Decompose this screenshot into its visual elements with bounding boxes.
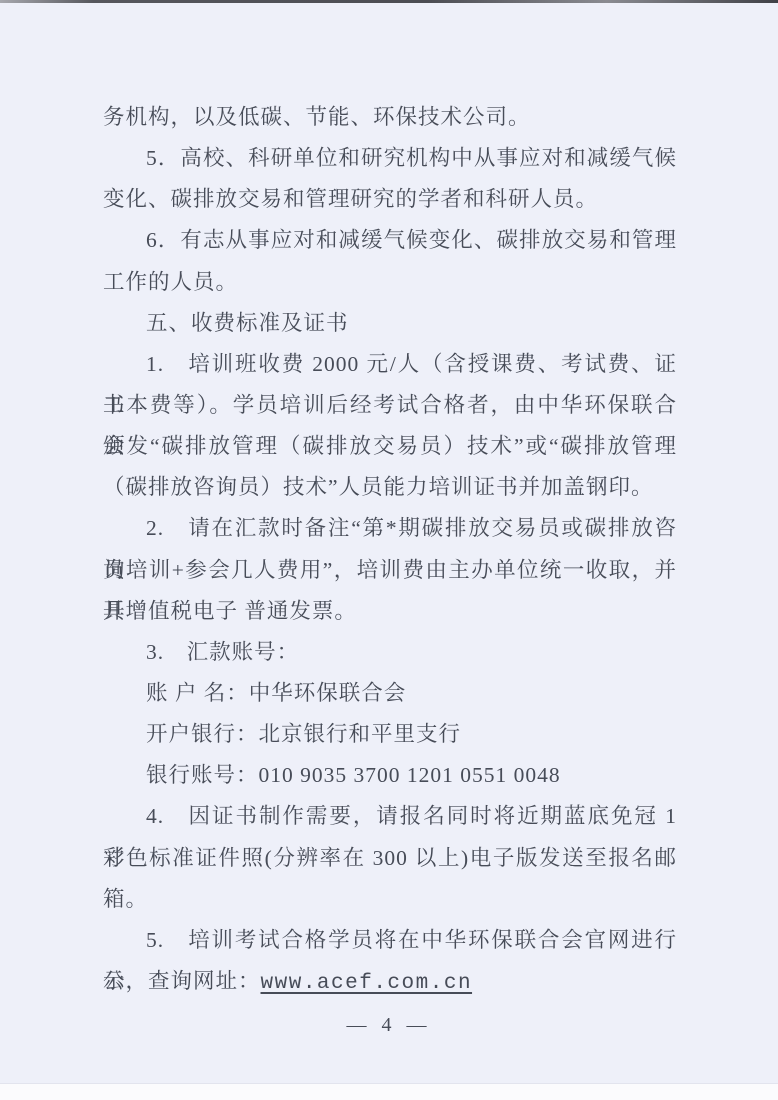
text-line: 5．高校、科研单位和研究机构中从事应对和减缓气候 [103, 138, 677, 179]
page-number: — 4 — [0, 1014, 778, 1037]
text-line-content: 彩色标准证件照(分辨率在 300 以上)电子版发送至报名邮 [103, 846, 677, 870]
text-line: 五、收费标准及证书 [103, 303, 677, 344]
text-line-content: （碳排放咨询员）技术”人员能力培训证书并加盖钢印。 [103, 475, 654, 499]
text-line: 银行账号：010 9035 3700 1201 0551 0048 [103, 755, 677, 796]
text-line: 开户银行：北京银行和平里支行 [103, 714, 677, 755]
text-line-content: 示，查询网址： [103, 969, 261, 993]
text-line-content: 务机构，以及低碳、节能、环保技术公司。 [103, 105, 531, 129]
text-line-content: 颁发“碳排放管理（碳排放交易员）技术”或“碳排放管理 [103, 434, 677, 458]
text-line-content: 账 户 名：中华环保联合会 [146, 681, 406, 705]
text-line: 示，查询网址：www.acef.com.cn [103, 961, 677, 1002]
text-line: 1. 培训班收费 2000 元/人（含授课费、考试费、证书 [103, 344, 677, 385]
text-line-content: 箱。 [103, 887, 148, 911]
text-line: 3. 汇款账号： [103, 632, 677, 673]
website-link[interactable]: www.acef.com.cn [261, 972, 473, 995]
text-line: （碳排放咨询员）技术”人员能力培训证书并加盖钢印。 [103, 467, 677, 508]
text-line: 2. 请在汇款时备注“第*期碳排放交易员或碳排放咨询 [103, 508, 677, 549]
text-line-content: 工作的人员。 [103, 270, 238, 294]
text-line-content: 开户银行：北京银行和平里支行 [146, 722, 461, 746]
text-line: 6．有志从事应对和减缓气候变化、碳排放交易和管理 [103, 220, 677, 261]
scan-edge-artifact [0, 0, 778, 3]
text-line: 具增值税电子 普通发票。 [103, 591, 677, 632]
document-body: 务机构，以及低碳、节能、环保技术公司。5．高校、科研单位和研究机构中从事应对和减… [103, 97, 677, 1002]
scan-bottom-margin [0, 1083, 778, 1100]
text-line-content: 五、收费标准及证书 [146, 311, 349, 335]
text-line-content: 具增值税电子 普通发票。 [103, 599, 357, 623]
text-line-content: 变化、碳排放交易和管理研究的学者和科研人员。 [103, 187, 598, 211]
text-line: 账 户 名：中华环保联合会 [103, 673, 677, 714]
text-line-content: 5．高校、科研单位和研究机构中从事应对和减缓气候 [146, 146, 677, 170]
text-line: 4. 因证书制作需要，请报名同时将近期蓝底免冠 1 寸 [103, 796, 677, 837]
text-line: 变化、碳排放交易和管理研究的学者和科研人员。 [103, 179, 677, 220]
text-line: 务机构，以及低碳、节能、环保技术公司。 [103, 97, 677, 138]
text-line: 工本费等）。学员培训后经考试合格者，由中华环保联合会 [103, 385, 677, 426]
text-line: 工作的人员。 [103, 262, 677, 303]
text-line-content: 银行账号：010 9035 3700 1201 0551 0048 [146, 763, 561, 787]
scanned-document-page: 务机构，以及低碳、节能、环保技术公司。5．高校、科研单位和研究机构中从事应对和减… [0, 0, 778, 1083]
text-line: 箱。 [103, 879, 677, 920]
text-line: 颁发“碳排放管理（碳排放交易员）技术”或“碳排放管理 [103, 426, 677, 467]
text-line: 彩色标准证件照(分辨率在 300 以上)电子版发送至报名邮 [103, 838, 677, 879]
text-line: 5. 培训考试合格学员将在中华环保联合会官网进行公 [103, 920, 677, 961]
text-line: 员培训+参会几人费用”，培训费由主办单位统一收取，并开 [103, 550, 677, 591]
text-line-content: 3. 汇款账号： [146, 640, 299, 664]
text-line-content: 6．有志从事应对和减缓气候变化、碳排放交易和管理 [146, 228, 677, 252]
